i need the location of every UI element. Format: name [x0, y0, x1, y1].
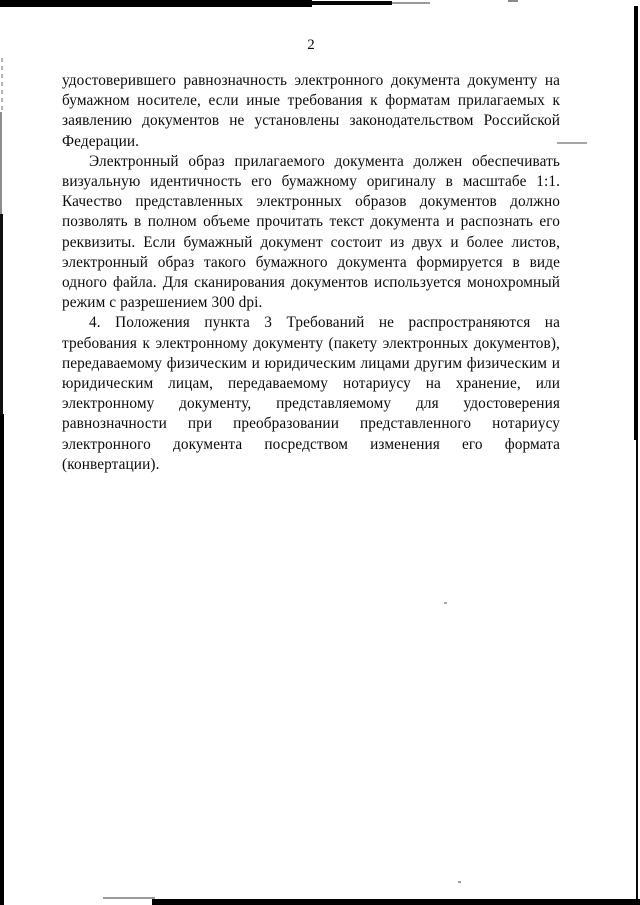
scan-artifact-left-edge [0, 214, 3, 414]
scan-artifact-top-edge [508, 0, 518, 2]
scanned-document-page: 2 удостоверившего равнозначность электро… [0, 0, 640, 905]
scan-artifact-speck [444, 602, 447, 604]
scan-artifact-right-edge [634, 6, 638, 440]
scan-artifact-speck [557, 142, 587, 144]
scan-artifact-left-edge [0, 112, 2, 214]
paragraph-continuation: удостоверившего равнозначность электронн… [62, 71, 560, 152]
scan-artifact-bottom-edge [103, 897, 155, 899]
scan-artifact-top-edge [0, 0, 312, 7]
document-body: удостоверившего равнозначность электронн… [62, 71, 560, 475]
paragraph-clause-4: 4. Положения пункта 3 Требований не расп… [62, 313, 560, 475]
scan-artifact-left-edge [1, 58, 3, 114]
paragraph-electronic-image: Электронный образ прилагаемого документа… [62, 152, 560, 314]
scan-artifact-right-edge [636, 440, 638, 905]
page-number: 2 [62, 37, 560, 54]
scan-artifact-bottom-edge [152, 899, 640, 905]
scan-artifact-speck [458, 881, 461, 883]
scan-artifact-top-edge [392, 2, 430, 4]
scan-artifact-top-edge [310, 1, 392, 5]
scan-artifact-left-edge [0, 414, 4, 905]
